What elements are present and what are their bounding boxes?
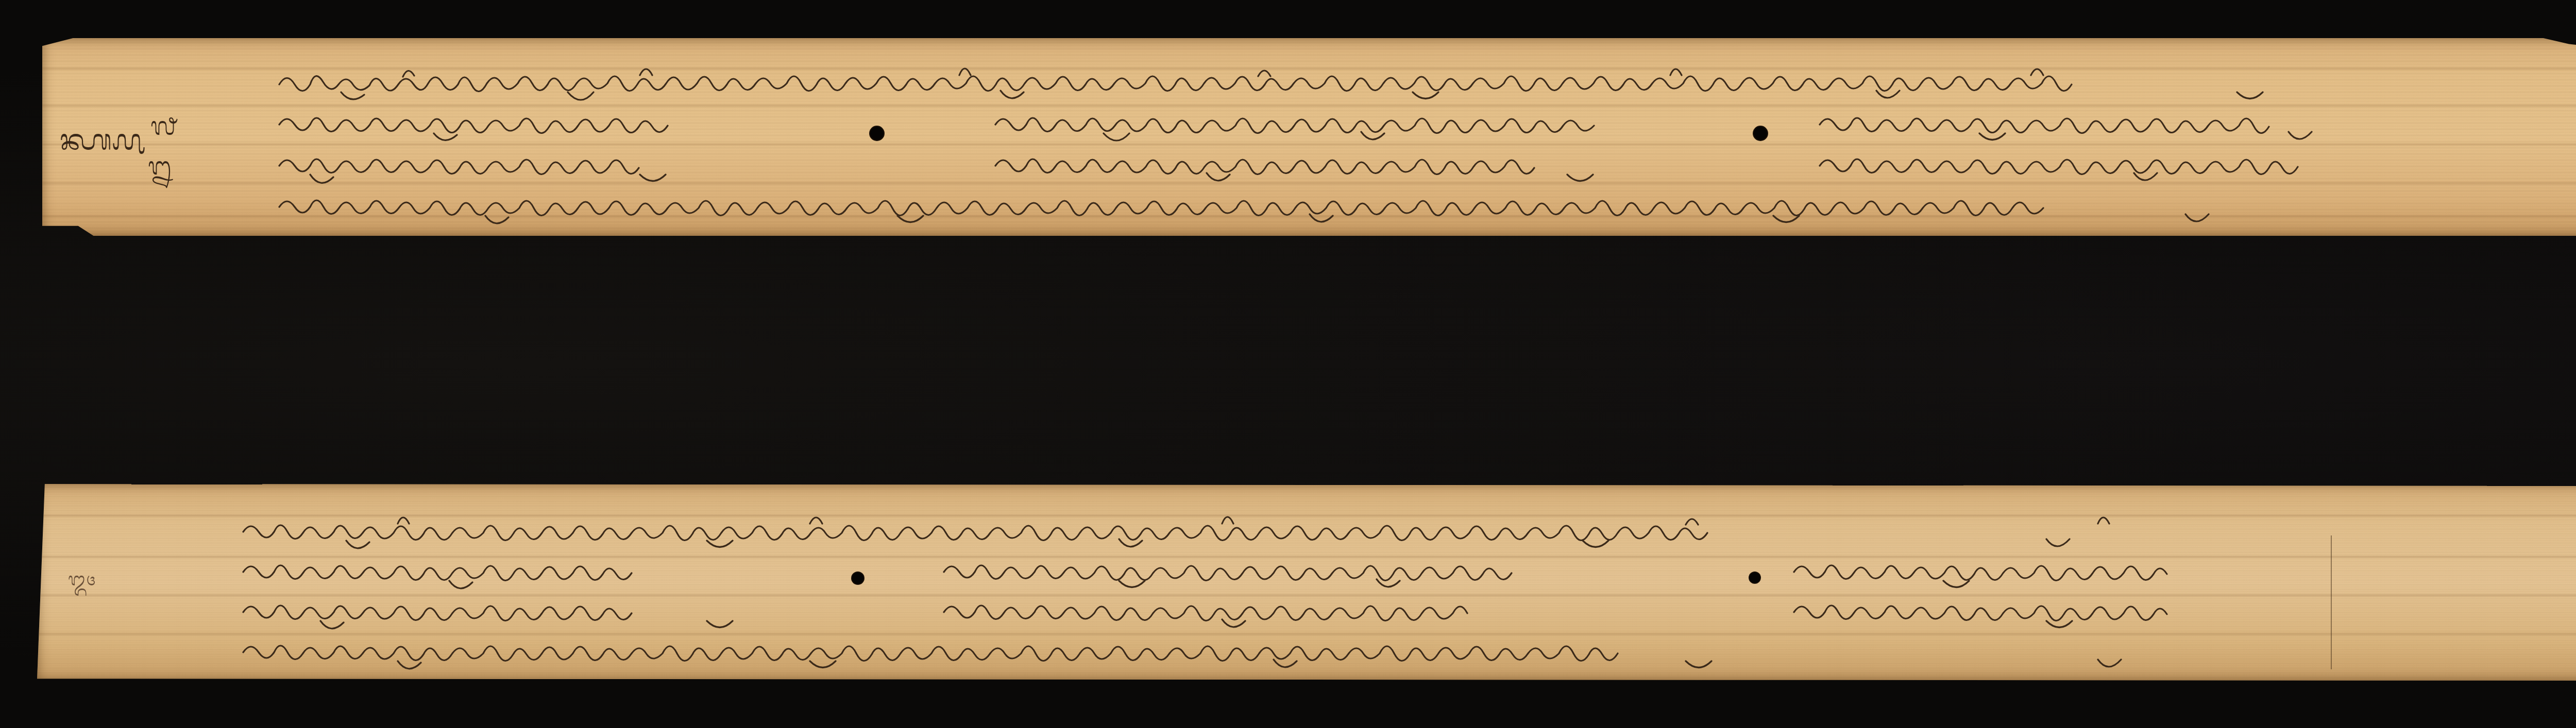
script-line-3 xyxy=(279,146,2474,182)
folio-number: ᭆ᭚ xyxy=(60,126,146,154)
line-marker: ᭒ xyxy=(148,154,171,179)
script-line-1 xyxy=(243,512,2335,548)
script-line-1 xyxy=(279,64,2474,100)
palm-leaf-top: ᭆ᭚ ᭗ ᭒ xyxy=(42,38,2576,236)
script-line-4 xyxy=(243,633,2335,669)
script-text-block xyxy=(243,512,2335,667)
script-line-2 xyxy=(279,105,2474,141)
script-text-block xyxy=(279,64,2474,229)
palm-leaf-bottom: ᭓᭔ xyxy=(37,484,2576,681)
script-line-3 xyxy=(243,593,2335,629)
script-line-4 xyxy=(279,187,2474,223)
folio-mark: ᭓᭔ xyxy=(68,570,96,589)
line-marker: ᭗ xyxy=(150,114,177,139)
script-line-2 xyxy=(243,552,2335,588)
